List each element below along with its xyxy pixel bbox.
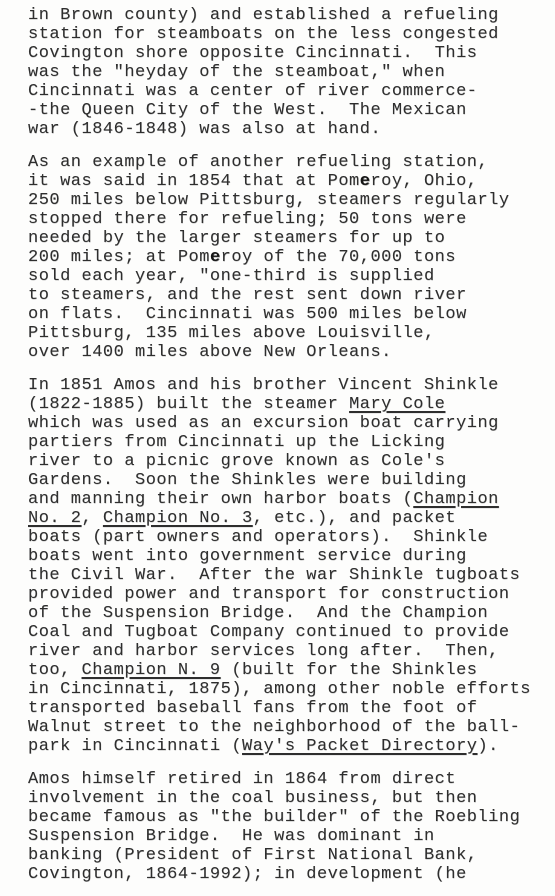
text-line: which was used as an excursion boat carr…: [28, 414, 547, 433]
text-segment: boats went into government service durin…: [28, 547, 467, 566]
text-line: war (1846-1848) was also at hand.: [28, 120, 547, 139]
text-segment: boats (part owners and operators). Shink…: [28, 528, 488, 547]
text-line: Pittsburg, 135 miles above Louisville,: [28, 324, 547, 343]
text-segment: Suspension Bridge. He was dominant in: [28, 827, 435, 846]
text-line: banking (President of First National Ban…: [28, 846, 547, 865]
text-line: Cincinnati was a center of river commerc…: [28, 82, 547, 101]
text-line: 250 miles below Pittsburg, steamers regu…: [28, 191, 547, 210]
text-segment: river and harbor services long after. Th…: [28, 642, 499, 661]
text-segment: war (1846-1848) was also at hand.: [28, 120, 381, 139]
text-segment: ).: [477, 737, 498, 756]
underlined-title: Mary Cole: [349, 395, 445, 414]
text-line: in Brown county) and established a refue…: [28, 6, 547, 25]
paragraph-2: As an example of another refueling stati…: [28, 153, 547, 362]
text-line: boats went into government service durin…: [28, 547, 547, 566]
text-segment: over 1400 miles above New Orleans.: [28, 343, 392, 362]
text-segment: Gardens. Soon the Shinkles were building: [28, 471, 467, 490]
text-line: Amos himself retired in 1864 from direct: [28, 770, 547, 789]
text-line: provided power and transport for constru…: [28, 585, 547, 604]
text-segment: Pittsburg, 135 miles above Louisville,: [28, 324, 435, 343]
text-segment: In 1851 Amos and his brother Vincent Shi…: [28, 376, 499, 395]
text-line: in Cincinnati, 1875), among other noble …: [28, 680, 547, 699]
text-line: stopped there for refueling; 50 tons wer…: [28, 210, 547, 229]
paragraph-3: In 1851 Amos and his brother Vincent Shi…: [28, 376, 547, 756]
text-segment: , etc.), and packet: [253, 509, 456, 528]
text-line: over 1400 miles above New Orleans.: [28, 343, 547, 362]
text-line: -the Queen City of the West. The Mexican: [28, 101, 547, 120]
text-segment: Amos himself retired in 1864 from direct: [28, 770, 456, 789]
text-segment: ,: [82, 509, 103, 528]
text-segment: roy of the 70,000 tons: [221, 248, 456, 267]
text-segment: to steamers, and the rest sent down rive…: [28, 286, 467, 305]
text-line: to steamers, and the rest sent down rive…: [28, 286, 547, 305]
overstruck-char: e: [360, 172, 371, 191]
text-segment: As an example of another refueling stati…: [28, 153, 488, 172]
text-segment: Walnut street to the neighborhood of the…: [28, 718, 520, 737]
text-segment: Covington shore opposite Cincinnati. Thi…: [28, 44, 477, 63]
paragraph-4: Amos himself retired in 1864 from direct…: [28, 770, 547, 884]
text-segment: in Brown county) and established a refue…: [28, 6, 499, 25]
text-line: Covington shore opposite Cincinnati. Thi…: [28, 44, 547, 63]
text-segment: needed by the larger steamers for up to: [28, 229, 445, 248]
text-segment: transported baseball fans from the foot …: [28, 699, 477, 718]
overstruck-char: e: [210, 248, 221, 267]
text-line: it was said in 1854 that at Pomeroy, Ohi…: [28, 172, 547, 191]
text-segment: it was said in 1854 that at Pom: [28, 172, 360, 191]
text-line: station for steamboats on the less conge…: [28, 25, 547, 44]
text-segment: station for steamboats on the less conge…: [28, 25, 499, 44]
text-line: and manning their own harbor boats (Cham…: [28, 490, 547, 509]
paragraph-1: in Brown county) and established a refue…: [28, 6, 547, 139]
text-line: (1822-1885) built the steamer Mary Cole: [28, 395, 547, 414]
text-line: was the "heyday of the steamboat," when: [28, 63, 547, 82]
text-line: Suspension Bridge. He was dominant in: [28, 827, 547, 846]
text-segment: Cincinnati was a center of river commerc…: [28, 82, 477, 101]
text-line: Walnut street to the neighborhood of the…: [28, 718, 547, 737]
text-line: sold each year, "one-third is supplied: [28, 267, 547, 286]
text-line: partiers from Cincinnati up the Licking: [28, 433, 547, 452]
text-segment: -the Queen City of the West. The Mexican: [28, 101, 467, 120]
text-line: boats (part owners and operators). Shink…: [28, 528, 547, 547]
text-segment: of the Suspension Bridge. And the Champi…: [28, 604, 488, 623]
text-line: park in Cincinnati (Way's Packet Directo…: [28, 737, 547, 756]
text-line: on flats. Cincinnati was 500 miles below: [28, 305, 547, 324]
underlined-title: Champion N. 9: [82, 661, 221, 680]
text-segment: roy, Ohio,: [370, 172, 477, 191]
text-segment: involvement in the coal business, but th…: [28, 789, 477, 808]
underlined-title: Way's Packet Directory: [242, 737, 477, 756]
document-page: in Brown county) and established a refue…: [0, 0, 555, 896]
text-segment: river to a picnic grove known as Cole's: [28, 452, 445, 471]
text-segment: banking (President of First National Ban…: [28, 846, 477, 865]
text-segment: the Civil War. After the war Shinkle tug…: [28, 566, 520, 585]
text-line: of the Suspension Bridge. And the Champi…: [28, 604, 547, 623]
text-segment: too,: [28, 661, 82, 680]
underlined-title: Champion No. 3: [103, 509, 253, 528]
underlined-title: Champion: [413, 490, 499, 509]
text-segment: was the "heyday of the steamboat," when: [28, 63, 445, 82]
text-line: Gardens. Soon the Shinkles were building: [28, 471, 547, 490]
text-segment: park in Cincinnati (: [28, 737, 242, 756]
text-line: river and harbor services long after. Th…: [28, 642, 547, 661]
text-segment: provided power and transport for constru…: [28, 585, 510, 604]
text-line: In 1851 Amos and his brother Vincent Shi…: [28, 376, 547, 395]
text-segment: on flats. Cincinnati was 500 miles below: [28, 305, 467, 324]
text-segment: 200 miles; at Pom: [28, 248, 210, 267]
text-segment: which was used as an excursion boat carr…: [28, 414, 499, 433]
text-line: became famous as "the builder" of the Ro…: [28, 808, 547, 827]
text-line: Covington, 1864-1992); in development (h…: [28, 865, 547, 884]
text-segment: and manning their own harbor boats (: [28, 490, 413, 509]
text-line: transported baseball fans from the foot …: [28, 699, 547, 718]
text-segment: (1822-1885) built the steamer: [28, 395, 349, 414]
text-line: As an example of another refueling stati…: [28, 153, 547, 172]
text-segment: 250 miles below Pittsburg, steamers regu…: [28, 191, 510, 210]
text-line: 200 miles; at Pomeroy of the 70,000 tons: [28, 248, 547, 267]
text-segment: partiers from Cincinnati up the Licking: [28, 433, 445, 452]
text-segment: (built for the Shinkles: [221, 661, 478, 680]
text-segment: became famous as "the builder" of the Ro…: [28, 808, 520, 827]
document-text: in Brown county) and established a refue…: [28, 6, 547, 884]
text-line: needed by the larger steamers for up to: [28, 229, 547, 248]
text-line: too, Champion N. 9 (built for the Shinkl…: [28, 661, 547, 680]
text-line: Coal and Tugboat Company continued to pr…: [28, 623, 547, 642]
text-segment: stopped there for refueling; 50 tons wer…: [28, 210, 467, 229]
text-line: the Civil War. After the war Shinkle tug…: [28, 566, 547, 585]
text-line: No. 2, Champion No. 3, etc.), and packet: [28, 509, 547, 528]
underlined-title: No. 2: [28, 509, 82, 528]
text-segment: Covington, 1864-1992); in development (h…: [28, 865, 467, 884]
text-line: river to a picnic grove known as Cole's: [28, 452, 547, 471]
text-segment: sold each year, "one-third is supplied: [28, 267, 435, 286]
text-segment: in Cincinnati, 1875), among other noble …: [28, 680, 531, 699]
text-segment: Coal and Tugboat Company continued to pr…: [28, 623, 510, 642]
text-line: involvement in the coal business, but th…: [28, 789, 547, 808]
